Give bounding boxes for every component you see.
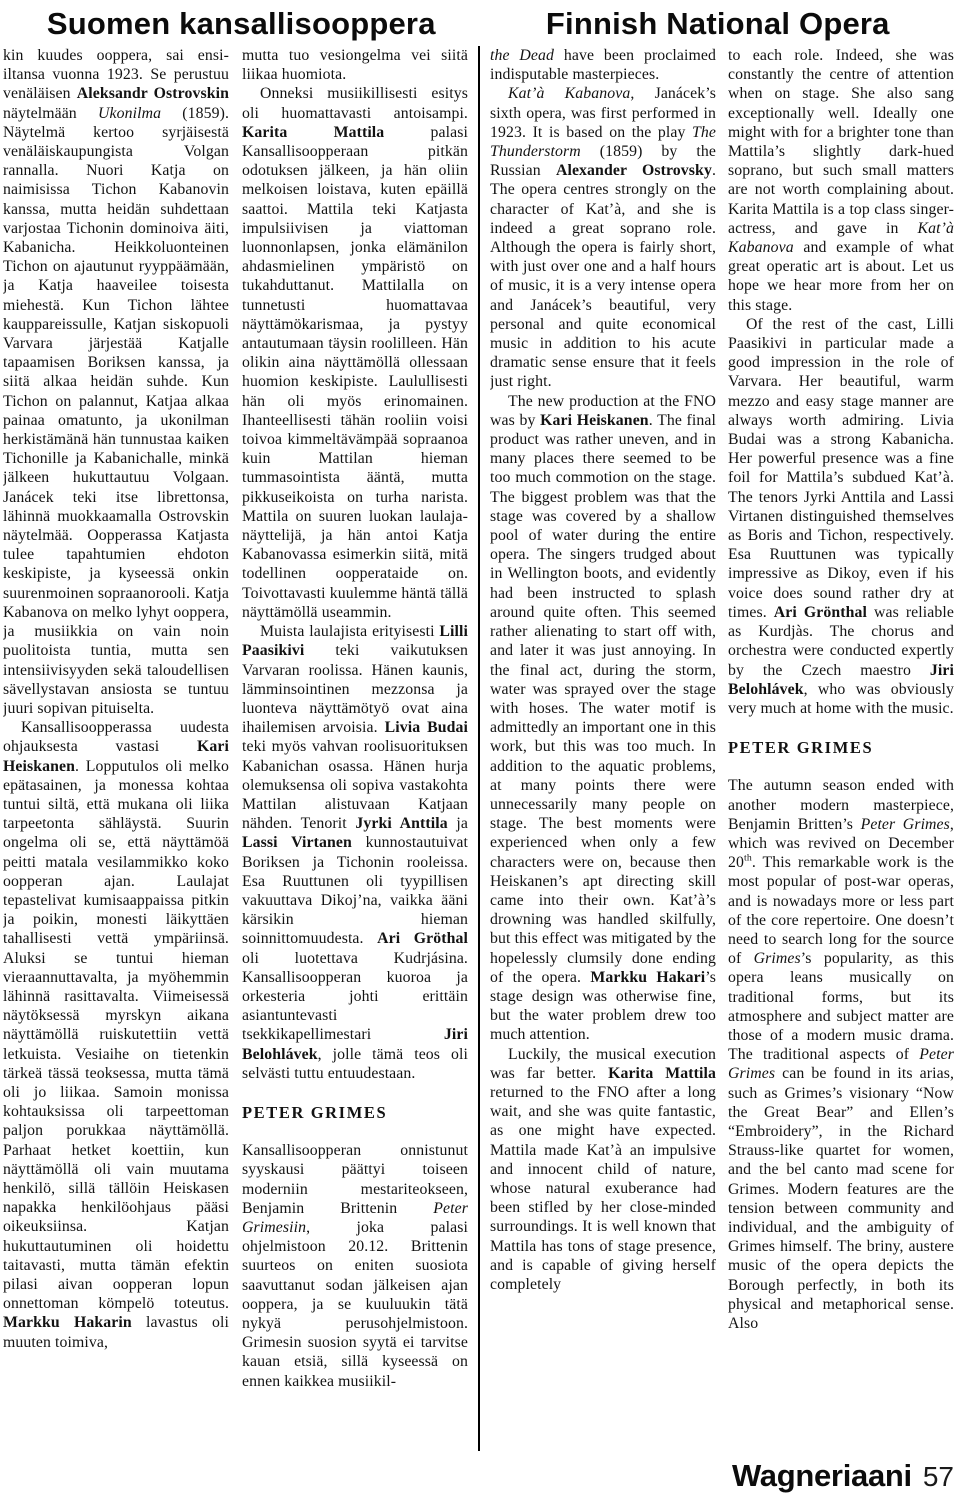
column-divider bbox=[478, 46, 480, 1451]
paragraph: Onneksi musiikillisesti esitys oli huoma… bbox=[242, 84, 468, 622]
article-body: kin kuudes ooppera, sai ensi-iltansa vuo… bbox=[3, 46, 956, 1451]
page-footer: Wagneriaani 57 bbox=[3, 1458, 956, 1493]
column-2: mutta tuo vesiongelma vei siitä liikaa h… bbox=[242, 46, 468, 1451]
paragraph: Of the rest of the cast, Lilli Paasikivi… bbox=[728, 315, 954, 718]
column-3: the Dead have been proclaimed indisputab… bbox=[490, 46, 716, 1451]
paragraph: the Dead have been proclaimed indisputab… bbox=[490, 46, 716, 84]
paragraph: Muista laulajista erityisesti Lilli Paas… bbox=[242, 622, 468, 1083]
section-heading: PETER GRIMES bbox=[242, 1103, 468, 1122]
magazine-name: Wagneriaani bbox=[732, 1458, 912, 1493]
paragraph: Kansallisoopperassa uudesta ohjauksesta … bbox=[3, 718, 229, 1352]
section-heading: PETER GRIMES bbox=[728, 738, 954, 757]
column-1: kin kuudes ooppera, sai ensi-iltansa vuo… bbox=[3, 46, 229, 1451]
paragraph: Kat’à Kabanova, Janácek’s sixth opera, w… bbox=[490, 84, 716, 391]
column-4: to each role. Indeed, she was constantly… bbox=[728, 46, 954, 1451]
page-title-english: Finnish National Opera bbox=[480, 5, 957, 43]
paragraph: to each role. Indeed, she was constantly… bbox=[728, 46, 954, 315]
masthead: Suomen kansallisooppera Finnish National… bbox=[3, 5, 956, 43]
paragraph: Luckily, the musical execution was far b… bbox=[490, 1045, 716, 1295]
paragraph: Kansallisoopperan onnistunut syyskausi p… bbox=[242, 1141, 468, 1391]
paragraph: mutta tuo vesiongelma vei siitä liikaa h… bbox=[242, 46, 468, 84]
paragraph: The autumn season ended with another mod… bbox=[728, 776, 954, 1333]
magazine-page: Suomen kansallisooppera Finnish National… bbox=[0, 0, 960, 1493]
page-number: 57 bbox=[923, 1461, 954, 1493]
paragraph: The new production at the FNO was by Kar… bbox=[490, 392, 716, 1045]
page-title-finnish: Suomen kansallisooppera bbox=[3, 5, 480, 43]
paragraph: kin kuudes ooppera, sai ensi-iltansa vuo… bbox=[3, 46, 229, 718]
